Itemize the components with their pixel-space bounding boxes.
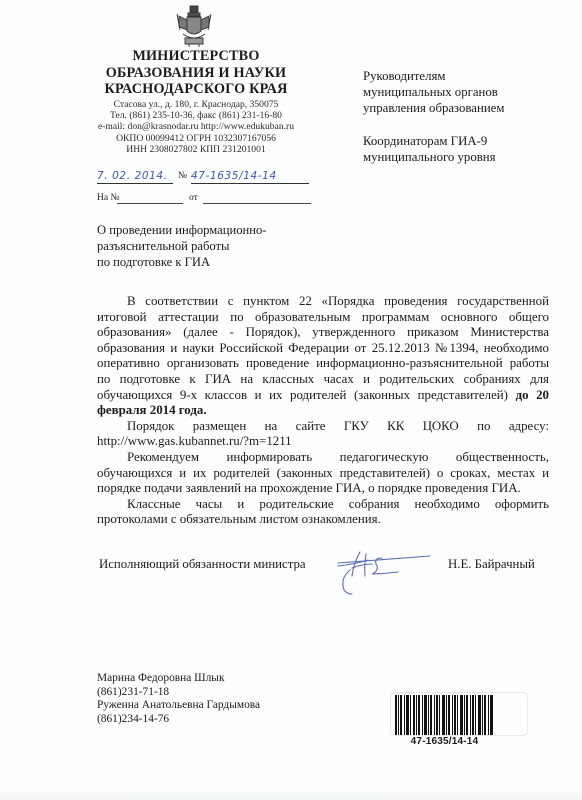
subject-line: разъяснительной работы bbox=[97, 238, 327, 254]
registration-line: 7. 02. 2014. № 47-1635/14-14 bbox=[97, 170, 312, 184]
org-name-line: МИНИСТЕРСТВО bbox=[80, 48, 312, 65]
letter-page: МИНИСТЕРСТВО ОБРАЗОВАНИЯ И НАУКИ КРАСНОД… bbox=[0, 0, 582, 800]
registration-number-label: № bbox=[178, 171, 187, 181]
org-name-line: КРАСНОДАРСКОГО КРАЯ bbox=[80, 81, 312, 98]
handwritten-signature-icon bbox=[330, 548, 435, 598]
org-phone: Тел. (861) 235-10-36, факс (861) 231-16-… bbox=[80, 110, 312, 121]
addressee-line: Руководителям bbox=[363, 68, 504, 84]
org-inn-kpp: ИНН 2308027802 КПП 231201001 bbox=[80, 144, 312, 155]
body-paragraph: Рекомендуем информировать педагогическую… bbox=[97, 450, 549, 497]
contact-persons: Марина Федоровна Шлык (861)231-71-18 Руж… bbox=[97, 672, 260, 726]
reference-from-blank bbox=[203, 193, 311, 204]
registration-number: 47-1635/14-14 bbox=[191, 170, 309, 184]
subject-line: по подготовке к ГИА bbox=[97, 254, 327, 270]
addressee-block: Координаторам ГИА-9 муниципального уровн… bbox=[363, 133, 496, 165]
addressee-line: муниципального уровня bbox=[363, 149, 496, 165]
scan-edge bbox=[0, 790, 582, 800]
barcode-label: 47-1635/14-14 bbox=[392, 736, 497, 747]
letter-subject: О проведении информационно- разъяснитель… bbox=[97, 222, 327, 270]
reference-from-label: от bbox=[189, 193, 198, 203]
contact-phone: (861)234-14-76 bbox=[97, 713, 260, 727]
body-paragraph: В соответствии с пунктом 22 «Порядка про… bbox=[97, 294, 549, 419]
signatory-name: Н.Е. Байрачный bbox=[448, 557, 535, 572]
registration-date: 7. 02. 2014. bbox=[97, 170, 173, 184]
org-email-website: e-mail: don@krasnodar.ru http://www.eduk… bbox=[80, 121, 312, 132]
addressee-line: муниципальных органов bbox=[363, 84, 504, 100]
contact-phone: (861)231-71-18 bbox=[97, 686, 260, 700]
letter-body: В соответствии с пунктом 22 «Порядка про… bbox=[97, 294, 549, 528]
org-name-line: ОБРАЗОВАНИЯ И НАУКИ bbox=[80, 65, 312, 82]
contact-name: Руженна Анатольевна Гардымова bbox=[97, 699, 260, 713]
coat-of-arms-icon bbox=[175, 4, 213, 48]
body-paragraph: Классные часы и родительские собрания не… bbox=[97, 497, 549, 528]
reference-number-blank bbox=[117, 193, 183, 204]
addressee-line: Координаторам ГИА-9 bbox=[363, 133, 496, 149]
addressee-line: управления образованием bbox=[363, 100, 504, 116]
organization-name: МИНИСТЕРСТВО ОБРАЗОВАНИЯ И НАУКИ КРАСНОД… bbox=[80, 48, 312, 98]
subject-line: О проведении информационно- bbox=[97, 222, 327, 238]
org-address: Стасова ул., д. 180, г. Краснодар, 35007… bbox=[80, 99, 312, 110]
addressee-block: Руководителям муниципальных органов упра… bbox=[363, 68, 504, 117]
org-okpo-ogrn: ОКПО 00099412 ОГРН 1032307167056 bbox=[80, 133, 312, 144]
contact-name: Марина Федоровна Шлык bbox=[97, 672, 260, 686]
reference-line: На № от bbox=[97, 193, 312, 207]
organization-details: Стасова ул., д. 180, г. Краснодар, 35007… bbox=[80, 99, 312, 155]
body-paragraph-text: В соответствии с пунктом 22 «Порядка про… bbox=[97, 294, 549, 402]
barcode-icon bbox=[395, 695, 493, 735]
body-paragraph: Порядок размещен на сайте ГКУ КК ЦОКО по… bbox=[97, 419, 549, 450]
signatory-title: Исполняющий обязанности министра bbox=[99, 557, 306, 572]
